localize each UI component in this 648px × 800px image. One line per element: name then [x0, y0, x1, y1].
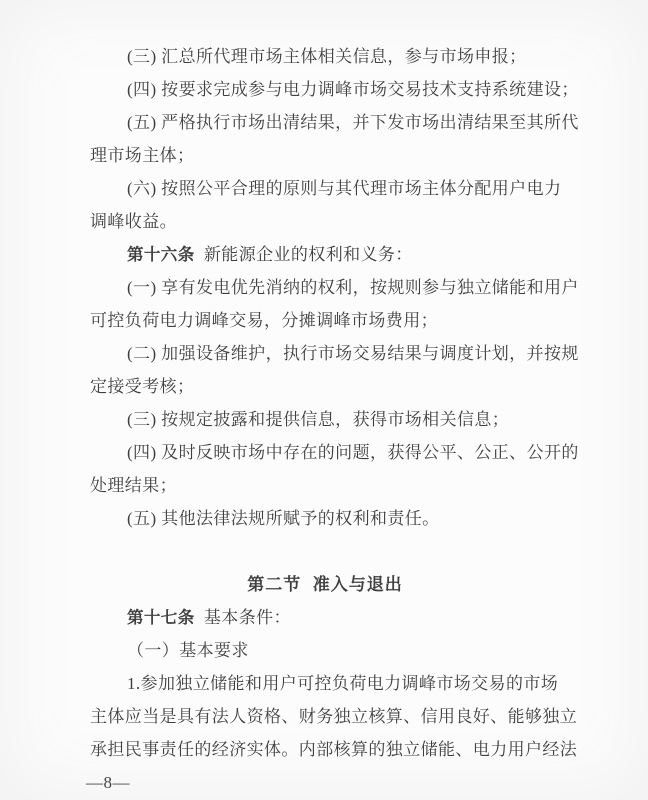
text-line: (四) 及时反映市场中存在的问题，获得公平、公正、公开的	[90, 436, 560, 469]
text-line: 承担民事责任的经济实体。内部核算的独立储能、电力用户经法	[90, 733, 560, 766]
text-segment: (三) 按规定披露和提供信息，获得市场相关信息；	[127, 410, 509, 429]
text-line: (三) 汇总所代理市场主体相关信息，参与市场申报；	[90, 40, 560, 73]
text-line: 可控负荷电力调峰交易，分摊调峰市场费用；	[90, 304, 560, 337]
bold-text-segment: 第十七条	[127, 609, 195, 627]
text-segment: 定接受考核；	[90, 377, 194, 396]
text-segment: (五) 其他法律法规所赋予的权利和责任。	[127, 509, 440, 528]
text-line: (二) 加强设备维护，执行市场交易结果与调度计划，并按规	[90, 337, 560, 370]
text-line: (六) 按照公平合理的原则与其代理市场主体分配用户电力	[90, 172, 560, 205]
text-line: 第十六条 新能源企业的权利和义务：	[90, 238, 560, 271]
text-segment: 理市场主体；	[90, 146, 194, 165]
text-segment: 可控负荷电力调峰交易，分摊调峰市场费用；	[90, 311, 438, 330]
text-line: 1.参加独立储能和用户可控负荷电力调峰市场交易的市场	[90, 667, 560, 700]
text-segment: (六) 按照公平合理的原则与其代理市场主体分配用户电力	[127, 179, 561, 198]
text-line: 第十七条 基本条件：	[90, 601, 560, 634]
text-segment: 新能源企业的权利和义务：	[195, 245, 413, 264]
text-segment: (二) 加强设备维护，执行市场交易结果与调度计划，并按规	[127, 344, 579, 363]
text-line: 定接受考核；	[90, 370, 560, 403]
text-line: (三) 按规定披露和提供信息，获得市场相关信息；	[90, 403, 560, 436]
text-line: (四) 按要求完成参与电力调峰市场交易技术支持系统建设；	[90, 73, 560, 106]
bold-text-segment: 第二节 准入与退出	[247, 575, 402, 594]
text-line: 理市场主体；	[90, 139, 560, 172]
text-line: (一) 享有发电优先消纳的权利，按规则参与独立储能和用户	[90, 271, 560, 304]
text-segment: (四) 及时反映市场中存在的问题，获得公平、公正、公开的	[127, 443, 579, 462]
page-number: —8—	[86, 772, 130, 794]
bold-text-segment: 第十六条	[127, 246, 195, 264]
text-segment: 处理结果；	[90, 476, 177, 495]
section-heading: 第二节 准入与退出	[90, 568, 560, 601]
text-line: (五) 严格执行市场出清结果，并下发市场出清结果至其所代	[90, 106, 560, 139]
text-line: 主体应当是具有法人资格、财务独立核算、信用良好、能够独立	[90, 700, 560, 733]
text-segment: (五) 严格执行市场出清结果，并下发市场出清结果至其所代	[127, 113, 579, 132]
text-segment: 主体应当是具有法人资格、财务独立核算、信用良好、能够独立	[90, 707, 577, 726]
text-segment: (一) 享有发电优先消纳的权利，按规则参与独立储能和用户	[127, 278, 579, 297]
text-line: (五) 其他法律法规所赋予的权利和责任。	[90, 502, 560, 535]
text-segment: 承担民事责任的经济实体。内部核算的独立储能、电力用户经法	[90, 740, 577, 759]
text-segment: 1.参加独立储能和用户可控负荷电力调峰市场交易的市场	[127, 674, 558, 693]
text-segment: (三) 汇总所代理市场主体相关信息，参与市场申报；	[127, 47, 527, 66]
document-page: (三) 汇总所代理市场主体相关信息，参与市场申报；(四) 按要求完成参与电力调峰…	[0, 0, 648, 800]
text-segment: 基本条件：	[195, 608, 291, 627]
text-segment: （一）基本要求	[127, 641, 249, 660]
text-line: 处理结果；	[90, 469, 560, 502]
text-line: （一）基本要求	[90, 634, 560, 667]
text-line: 调峰收益。	[90, 205, 560, 238]
text-segment: (四) 按要求完成参与电力调峰市场交易技术支持系统建设；	[127, 80, 579, 99]
text-segment: 调峰收益。	[90, 212, 177, 231]
document-body: (三) 汇总所代理市场主体相关信息，参与市场申报；(四) 按要求完成参与电力调峰…	[90, 40, 560, 766]
